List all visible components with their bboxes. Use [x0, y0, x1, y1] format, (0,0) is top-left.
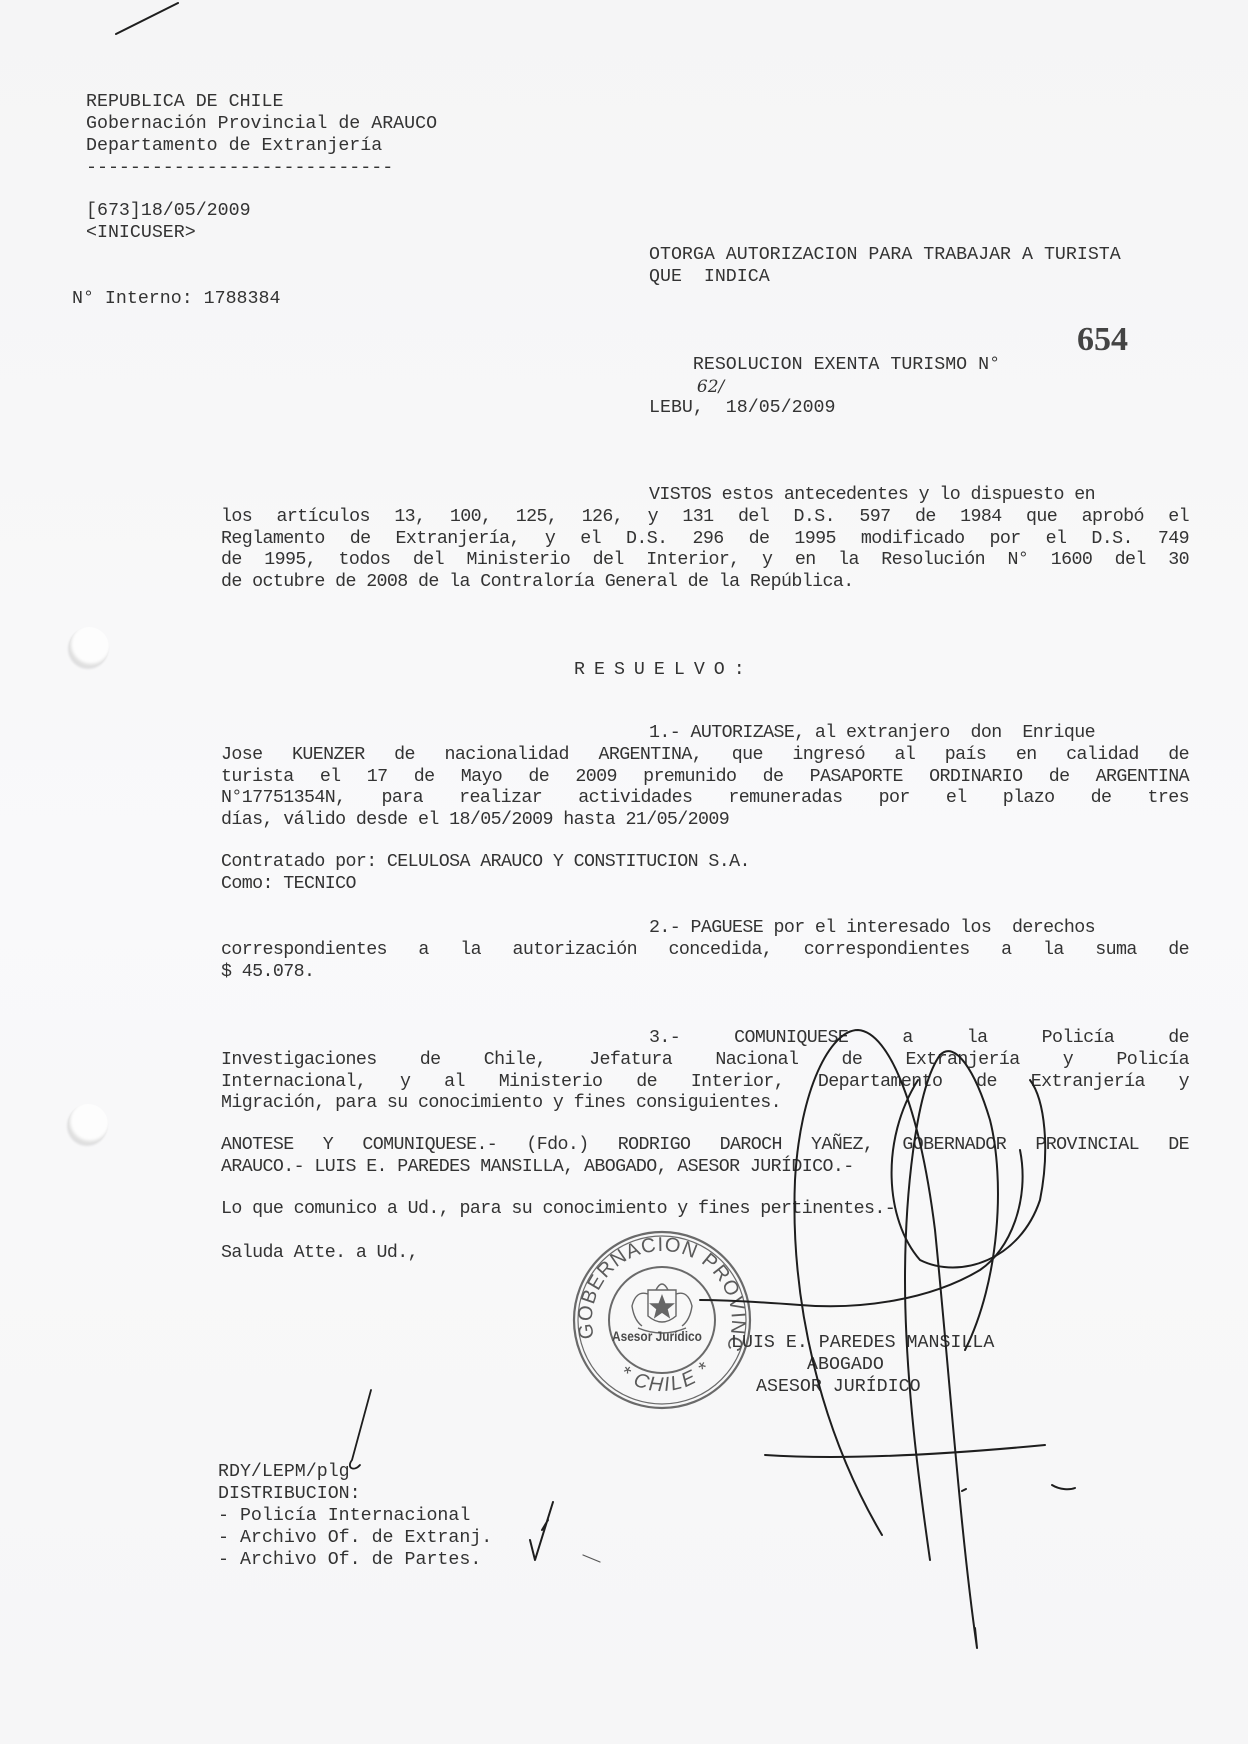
svg-text:* CHILE *: * CHILE *	[615, 1357, 716, 1396]
user-placeholder: <INICUSER>	[86, 222, 196, 244]
item3-line-2: Investigaciones de Chile, Jefatura Nacio…	[221, 1050, 1189, 1072]
document-page: REPUBLICA DE CHILE Gobernación Provincia…	[0, 0, 1248, 1744]
resuelvo-heading: RESUELVO:	[574, 659, 754, 681]
item3-paragraph: Investigaciones de Chile, Jefatura Nacio…	[221, 1050, 1189, 1115]
punch-hole-top	[69, 627, 109, 667]
distribution-item-1: - Policía Internacional	[218, 1505, 470, 1527]
saluda-line: Saluda Atte. a Ud.,	[221, 1243, 418, 1265]
stamp-top-text: GOBERNACION PROVINCIAL ARAUCO	[575, 1234, 750, 1355]
subject-line-2: QUE INDICA	[649, 266, 770, 288]
stamp-bottom-text: * CHILE *	[615, 1357, 716, 1396]
signatory-role: ASESOR JURÍDICO	[756, 1376, 921, 1398]
check-mark-distribution	[530, 1502, 553, 1560]
header-departamento: Departamento de Extranjería	[86, 135, 382, 157]
anotese-line-1: ANOTESE Y COMUNIQUESE.- (Fdo.) RODRIGO D…	[221, 1135, 1189, 1157]
item1-line-3: turista el 17 de Mayo de 2009 premunido …	[221, 767, 1189, 789]
vistos-line-1: VISTOS estos antecedentes y lo dispuesto…	[649, 485, 1095, 507]
distribution-item-3: - Archivo Of. de Partes.	[218, 1549, 481, 1571]
subject-line-1: OTORGA AUTORIZACION PARA TRABAJAR A TURI…	[649, 244, 1121, 266]
header-gobernacion: Gobernación Provincial de ARAUCO	[86, 113, 437, 135]
resolution-handwritten: 62/	[697, 377, 724, 397]
item1-line-5: días, válido desde el 18/05/2009 hasta 2…	[221, 810, 1189, 832]
reference-date: [673]18/05/2009	[86, 200, 251, 222]
vistos-line-3: Reglamento de Extranjería, y el D.S. 296…	[221, 529, 1189, 551]
item1-line-1: 1.- AUTORIZASE, al extranjero don Enriqu…	[649, 723, 1095, 745]
contracted-by: Contratado por: CELULOSA ARAUCO Y CONSTI…	[221, 852, 750, 874]
internal-number: N° Interno: 1788384	[72, 288, 280, 310]
distribution-item-2: - Archivo Of. de Extranj.	[218, 1527, 492, 1549]
header-republic: REPUBLICA DE CHILE	[86, 91, 283, 113]
item2-paragraph: correspondientes a la autorización conce…	[221, 940, 1189, 983]
item2-line-3: $ 45.078.	[221, 962, 1189, 984]
signatory-title: ABOGADO	[807, 1354, 884, 1376]
vistos-line-5: de octubre de 2008 de la Contraloría Gen…	[221, 572, 1189, 594]
item3-line-1: 3.- COMUNIQUESE a la Policía de	[649, 1028, 1189, 1050]
check-mark-initials	[350, 1390, 371, 1469]
svg-text:GOBERNACION PROVINCIAL ARAUCO: GOBERNACION PROVINCIAL ARAUCO	[575, 1234, 750, 1355]
vistos-paragraph: los artículos 13, 100, 125, 126, y 131 d…	[221, 507, 1189, 593]
corner-pen-stroke	[116, 3, 178, 34]
item3-line-3: Internacional, y al Ministerio de Interi…	[221, 1072, 1189, 1094]
as-role: Como: TECNICO	[221, 874, 356, 896]
item1-line-4: N°17751354N, para realizar actividades r…	[221, 788, 1189, 810]
distribution-label: DISTRIBUCION:	[218, 1483, 361, 1505]
pen-dash	[583, 1555, 600, 1562]
vistos-line-4: de 1995, todos del Ministerio del Interi…	[221, 550, 1189, 572]
stamp-center-label: Asesor Jurídico	[612, 1328, 702, 1344]
item2-line-2: correspondientes a la autorización conce…	[221, 940, 1189, 962]
item3-line-1-wrap: 3.- COMUNIQUESE a la Policía de	[649, 1028, 1189, 1050]
initials: RDY/LEPM/plg	[218, 1461, 350, 1483]
place-date: LEBU, 18/05/2009	[649, 397, 836, 419]
signatory-name: LUIS E. PAREDES MANSILLA	[731, 1332, 994, 1354]
item3-line-4: Migración, para su conocimiento y fines …	[221, 1093, 1189, 1115]
anotese-paragraph: ANOTESE Y COMUNIQUESE.- (Fdo.) RODRIGO D…	[221, 1135, 1189, 1178]
item1-paragraph: Jose KUENZER de nacionalidad ARGENTINA, …	[221, 745, 1189, 831]
header-rule: ----------------------------	[86, 157, 393, 179]
chile-coat-of-arms-icon	[632, 1284, 692, 1333]
resolution-label: RESOLUCION EXENTA TURISMO N°	[693, 355, 1000, 375]
punch-hole-bottom	[68, 1104, 108, 1144]
vistos-line-2: los artículos 13, 100, 125, 126, y 131 d…	[221, 507, 1189, 529]
item1-line-2: Jose KUENZER de nacionalidad ARGENTINA, …	[221, 745, 1189, 767]
anotese-line-2: ARAUCO.- LUIS E. PAREDES MANSILLA, ABOGA…	[221, 1157, 1189, 1179]
comunico-line: Lo que comunico a Ud., para su conocimie…	[221, 1199, 895, 1221]
resolution-stamped-number: 654	[1077, 321, 1128, 359]
item2-line-1: 2.- PAGUESE por el interesado los derech…	[649, 918, 1095, 940]
